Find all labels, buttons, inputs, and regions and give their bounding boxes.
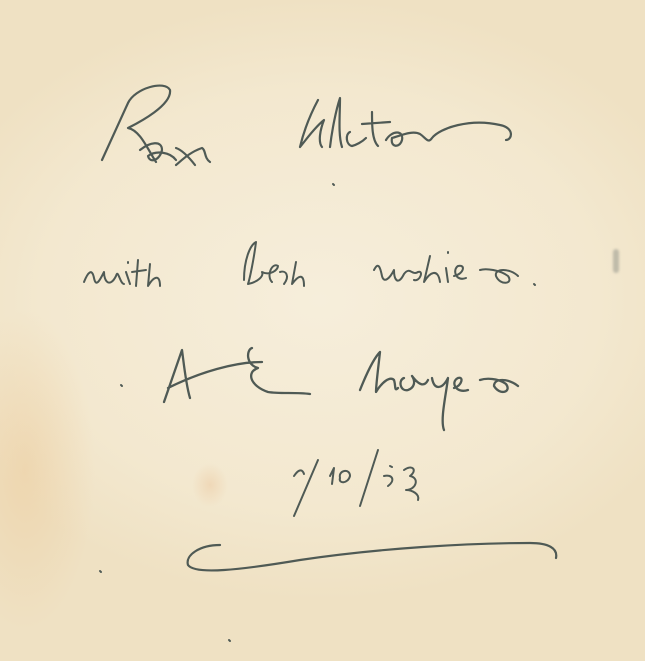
- handwriting-signature: [164, 348, 518, 430]
- handwriting-date: [294, 450, 418, 516]
- handwriting: [0, 0, 645, 661]
- flourish-underline: [188, 543, 557, 570]
- paper-specks: [100, 184, 334, 641]
- handwriting-message: [84, 242, 535, 286]
- inscribed-page: Rex Alston with best wishes. A E Mayes 1…: [0, 0, 645, 661]
- handwriting-recipient-first: [102, 86, 210, 165]
- handwriting-recipient-last: [300, 98, 511, 147]
